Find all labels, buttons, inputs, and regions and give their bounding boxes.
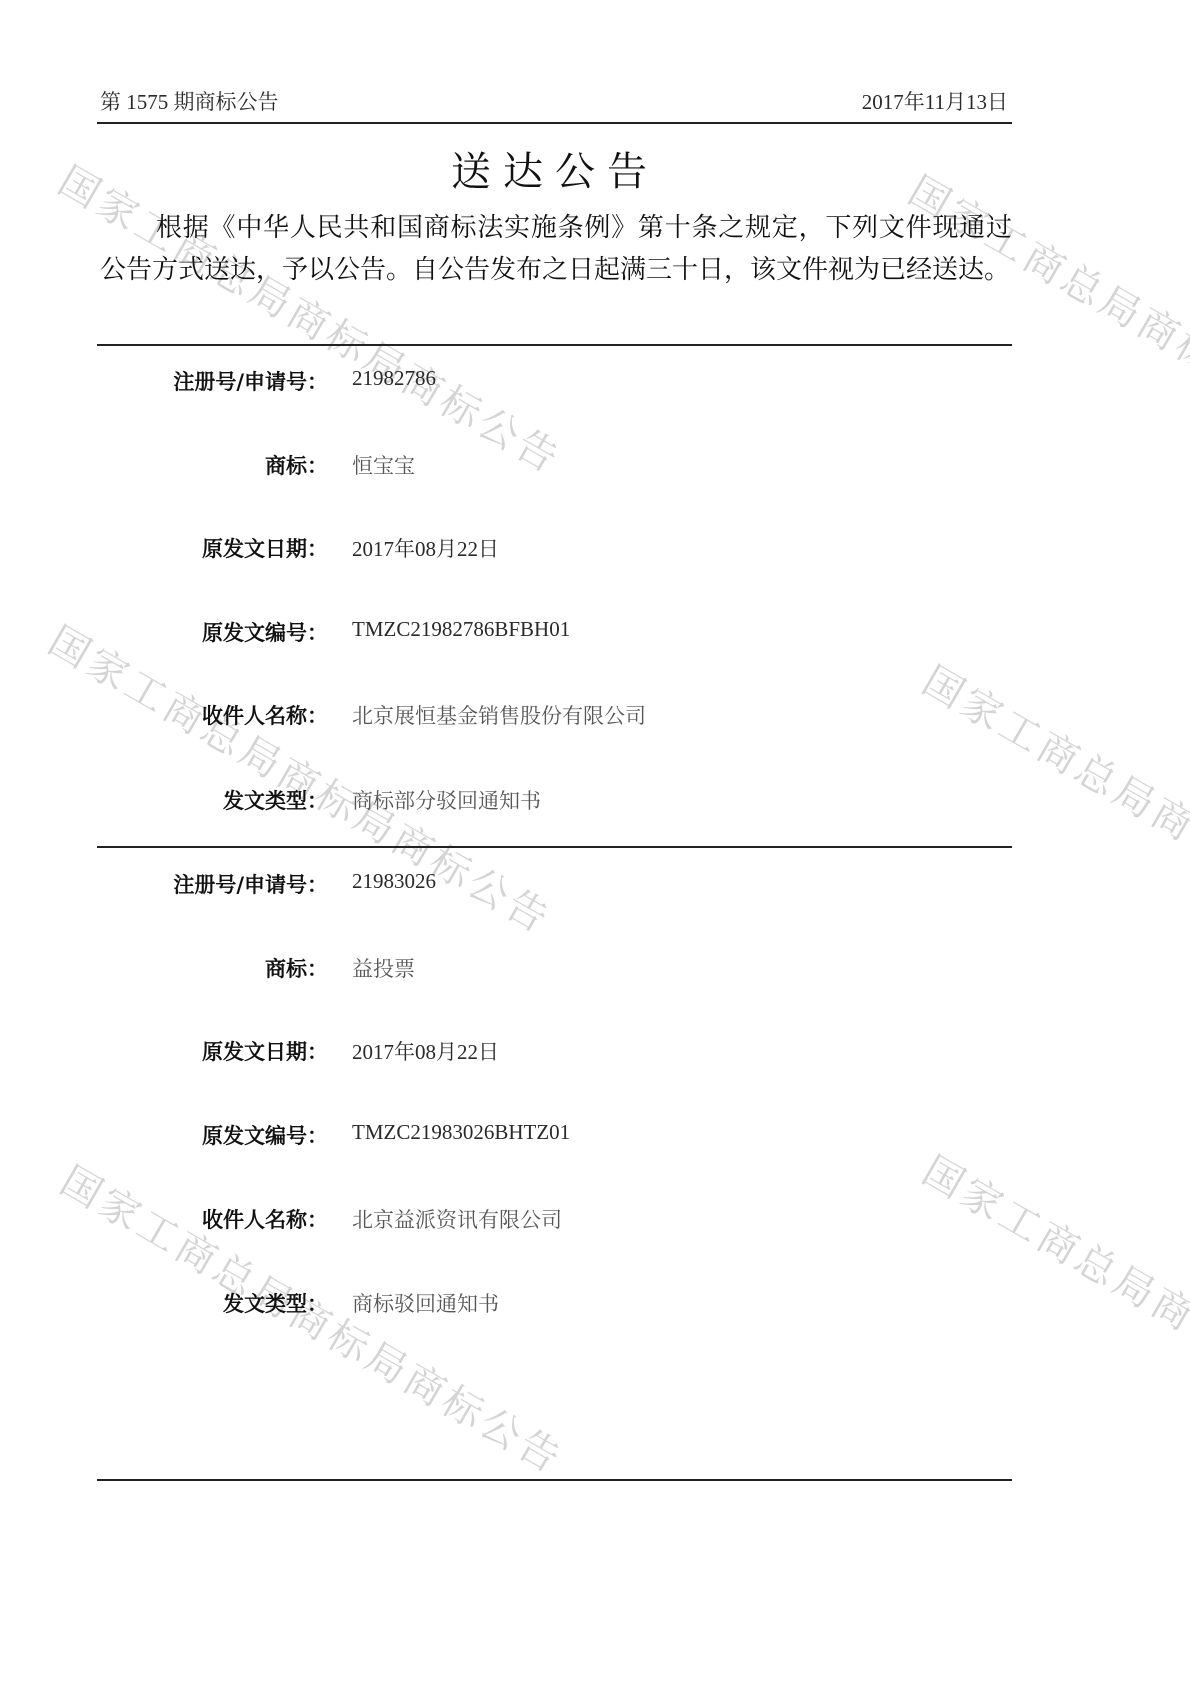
trademark-value: 益投票 bbox=[352, 953, 415, 983]
field-label: 商标： bbox=[265, 953, 328, 983]
watermark: 国家工商总局商标局商标公告 bbox=[50, 150, 574, 485]
record-row-orig-no: 原发文编号： TMZC21983026BHTZ01 bbox=[0, 1120, 1190, 1150]
record-row-trademark: 商标： 益投票 bbox=[0, 953, 1190, 983]
record-row-orig-date: 原发文日期： 2017年08月22日 bbox=[0, 1036, 1190, 1066]
issue-number: 第 1575 期商标公告 bbox=[100, 86, 279, 116]
field-label: 收件人名称： bbox=[202, 700, 328, 730]
record-row-recipient: 收件人名称： 北京展恒基金销售股份有限公司 bbox=[0, 700, 1190, 730]
field-label: 商标： bbox=[265, 450, 328, 480]
field-label: 原发文编号： bbox=[202, 617, 328, 647]
orig-no-value: TMZC21983026BHTZ01 bbox=[352, 1120, 570, 1145]
field-label: 原发文日期： bbox=[202, 1036, 328, 1066]
doc-type-value: 商标驳回通知书 bbox=[352, 1288, 499, 1318]
record-row-reg-no: 注册号/申请号： 21982786 bbox=[0, 366, 1190, 396]
field-label: 收件人名称： bbox=[202, 1204, 328, 1234]
record-divider bbox=[97, 846, 1012, 848]
document-title: 送达公告 bbox=[0, 140, 1110, 197]
record-row-orig-date: 原发文日期： 2017年08月22日 bbox=[0, 533, 1190, 563]
reg-no-value: 21983026 bbox=[352, 869, 436, 894]
field-label: 发文类型： bbox=[223, 1288, 328, 1318]
record-row-orig-no: 原发文编号： TMZC21982786BFBH01 bbox=[0, 617, 1190, 647]
reg-no-value: 21982786 bbox=[352, 366, 436, 391]
trademark-value: 恒宝宝 bbox=[352, 450, 415, 480]
section-divider bbox=[97, 344, 1012, 346]
recipient-value: 北京展恒基金销售股份有限公司 bbox=[352, 700, 646, 730]
record-row-reg-no: 注册号/申请号： 21983026 bbox=[0, 869, 1190, 899]
record-row-doc-type: 发文类型： 商标驳回通知书 bbox=[0, 1288, 1190, 1318]
recipient-value: 北京益派资讯有限公司 bbox=[352, 1204, 562, 1234]
field-label: 注册号/申请号： bbox=[173, 366, 328, 396]
field-label: 原发文日期： bbox=[202, 533, 328, 563]
record-row-doc-type: 发文类型： 商标部分驳回通知书 bbox=[0, 785, 1190, 815]
field-label: 发文类型： bbox=[223, 785, 328, 815]
page-header: 第 1575 期商标公告 2017年11月13日 bbox=[100, 86, 1010, 116]
doc-type-value: 商标部分驳回通知书 bbox=[352, 785, 541, 815]
header-divider bbox=[97, 122, 1012, 124]
footer-divider bbox=[97, 1479, 1012, 1481]
intro-paragraph: 根据《中华人民共和国商标法实施条例》第十条之规定，下列文件现通过公告方式送达，予… bbox=[100, 208, 1012, 291]
issue-date: 2017年11月13日 bbox=[862, 86, 1008, 116]
orig-date-value: 2017年08月22日 bbox=[352, 1036, 499, 1066]
record-row-trademark: 商标： 恒宝宝 bbox=[0, 450, 1190, 480]
field-label: 注册号/申请号： bbox=[173, 869, 328, 899]
orig-date-value: 2017年08月22日 bbox=[352, 533, 499, 563]
field-label: 原发文编号： bbox=[202, 1120, 328, 1150]
record-row-recipient: 收件人名称： 北京益派资讯有限公司 bbox=[0, 1204, 1190, 1234]
orig-no-value: TMZC21982786BFBH01 bbox=[352, 617, 570, 642]
